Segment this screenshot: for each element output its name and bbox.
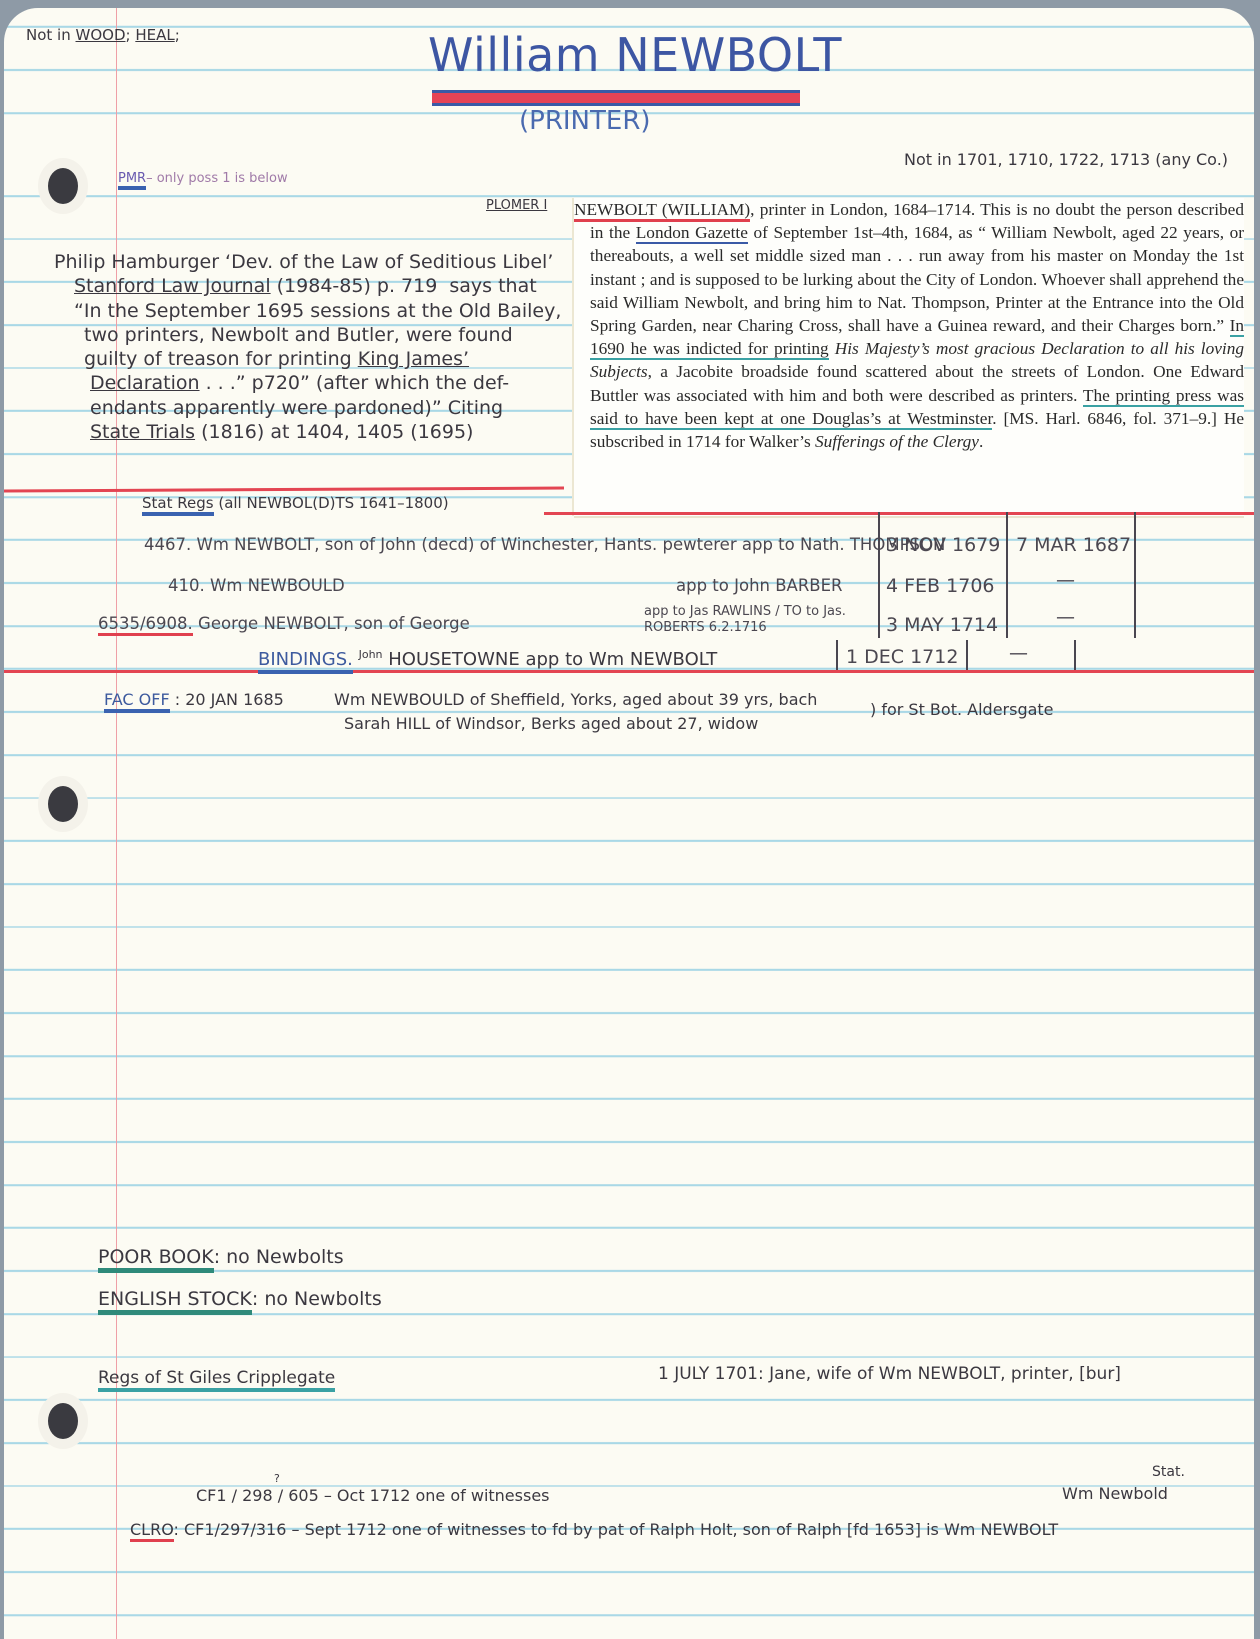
fac-off-date: : 20 JAN 1685	[175, 690, 284, 709]
london-gazette-ref: London Gazette	[636, 223, 748, 244]
entry-text: Wm NEWBOULD	[210, 576, 345, 595]
walker-title: Sufferings of the Clergy	[815, 432, 979, 451]
fac-off-church: ) for St Bot. Aldersgate	[870, 700, 1054, 719]
st-giles-burial-entry: 1 JULY 1701: Jane, wife of Wm NEWBOLT, p…	[658, 1364, 1121, 1384]
note-line: two printers, Newbolt and Butler, were f…	[54, 323, 561, 347]
bindings-label: BINDINGS.	[258, 649, 353, 674]
plomer-label: PLOMER I	[486, 198, 547, 213]
notebook-page: Not in WOOD; HEAL; William NEWBOLT (PRIN…	[4, 8, 1254, 1639]
table-row: 4467. Wm NEWBOLT, son of John (decd) of …	[144, 535, 945, 554]
table-column-rule	[1006, 512, 1008, 638]
inserted-first-name: John	[359, 648, 383, 661]
section-divider	[4, 670, 1254, 673]
poor-book-value: : no Newbolts	[214, 1246, 344, 1268]
st-giles-label: Regs of St Giles Cripplegate	[98, 1368, 335, 1388]
hamburger-note: Philip Hamburger ‘Dev. of the Law of Sed…	[54, 250, 561, 444]
entry-number: 410.	[168, 576, 205, 595]
note-line: Philip Hamburger ‘Dev. of the Law of Sed…	[54, 250, 561, 274]
entry-text: .	[979, 432, 983, 451]
stat-note: Stat.	[1152, 1464, 1185, 1480]
pmr-note-text: – only poss 1 is below	[146, 171, 288, 186]
binder-hole	[48, 1403, 78, 1439]
headword-surname: NEWBOLT	[574, 200, 657, 219]
note-prefix: Not in	[26, 26, 76, 44]
pmr-label: PMR	[118, 171, 146, 190]
entry-master: app to John BARBER	[676, 576, 843, 595]
table-column-rule	[836, 640, 838, 670]
plomer-dictionary-clipping: NEWBOLT (WILLIAM), printer in London, 16…	[574, 198, 1244, 516]
clro-line-2: CLRO: CF1/297/316 – Sept 1712 one of wit…	[130, 1520, 1058, 1539]
entry-number: 4467.	[144, 535, 191, 554]
note-line: “In the September 1695 sessions at the O…	[54, 299, 561, 323]
entry-text: Wm NEWBOLT, son of John (decd) of Winche…	[197, 535, 737, 554]
binder-hole	[48, 786, 78, 822]
ref-wood: WOOD	[76, 26, 126, 44]
section-divider	[544, 512, 1254, 515]
apprentice-name: HOUSETOWNE	[388, 649, 519, 670]
binding-date: 1 DEC 1712	[846, 646, 958, 668]
table-row: 6535/6908. George NEWBOLT, son of George	[98, 614, 470, 633]
st-giles-register: Regs of St Giles Cripplegate	[98, 1368, 335, 1392]
note-line: guilty of treason for printing King Jame…	[54, 347, 561, 371]
table-column-rule	[966, 640, 968, 670]
binding-freed: —	[1009, 642, 1028, 664]
not-in-wood-heal-note: Not in WOOD; HEAL;	[26, 26, 180, 44]
stat-regs-heading: Stat Regs (all NEWBOL(D)TS 1641–1800)	[142, 494, 449, 512]
clro-entry: : CF1/297/316 – Sept 1712 one of witness…	[174, 1520, 1059, 1539]
note-line: State Trials (1816) at 1404, 1405 (1695)	[54, 420, 561, 444]
table-row: 410. Wm NEWBOULD	[168, 576, 345, 595]
note-line: endants apparently were pardoned)” Citin…	[54, 396, 561, 420]
poor-book-note: POOR BOOK: no Newbolts	[98, 1246, 344, 1268]
ref-heal: HEAL	[135, 26, 174, 44]
not-in-years-note: Not in 1701, 1710, 1722, 1713 (any Co.)	[904, 150, 1228, 169]
wm-newbold-note: Wm Newbold	[1062, 1484, 1168, 1503]
table-column-rule	[1134, 512, 1136, 638]
fac-off-entry: FAC OFF : 20 JAN 1685	[104, 690, 284, 709]
clro-line-1: CF1 / 298 / 605 – Oct 1712 one of witnes…	[196, 1486, 550, 1505]
plomer-headword: NEWBOLT (WILLIAM)	[574, 200, 750, 222]
query-mark: ?	[274, 1472, 280, 1485]
english-stock-value: : no Newbolts	[252, 1288, 382, 1310]
stat-regs-note: (all NEWBOL(D)TS 1641–1800)	[218, 494, 448, 512]
note-line: Declaration . . .” p720” (after which th…	[54, 371, 561, 395]
bound-date: 4 FEB 1706	[886, 575, 995, 597]
freed-date: —	[1056, 606, 1075, 628]
page-subtitle: (PRINTER)	[519, 106, 651, 136]
freed-date: —	[1056, 569, 1075, 591]
pmr-note: PMR– only poss 1 is below	[118, 171, 288, 186]
plomer-entry-text: NEWBOLT (WILLIAM), printer in London, 16…	[574, 198, 1244, 453]
entry-number: 6535/6908.	[98, 614, 193, 636]
title-underline	[432, 90, 800, 106]
table-column-rule	[878, 512, 880, 638]
bound-date: 3 MAY 1714	[886, 614, 998, 636]
headword-given: (WILLIAM)	[662, 200, 750, 219]
table-column-rule	[1074, 640, 1076, 670]
binder-hole	[48, 168, 78, 204]
bound-date: 3 NOV 1679	[886, 534, 1000, 556]
fac-off-bride: Sarah HILL of Windsor, Berks aged about …	[344, 714, 758, 733]
bindings-row: BINDINGS. John HOUSETOWNE app to Wm NEWB…	[258, 648, 717, 670]
stat-regs-label: Stat Regs	[142, 494, 214, 516]
binding-master: app to Wm NEWBOLT	[525, 649, 717, 670]
entry-text: George NEWBOLT, son of George	[198, 614, 470, 633]
english-stock-label: ENGLISH STOCK	[98, 1288, 252, 1315]
poor-book-label: POOR BOOK	[98, 1246, 214, 1273]
fac-off-label: FAC OFF	[104, 690, 170, 713]
clro-label: CLRO	[130, 1520, 174, 1542]
entry-master: app to Jas RAWLINS / TO to Jas. ROBERTS …	[644, 604, 874, 636]
fac-off-groom: Wm NEWBOULD of Sheffield, Yorks, aged ab…	[334, 690, 817, 709]
section-divider	[4, 487, 564, 493]
note-line: Stanford Law Journal (1984-85) p. 719 sa…	[54, 274, 561, 298]
english-stock-note: ENGLISH STOCK: no Newbolts	[98, 1288, 382, 1310]
page-title: William NEWBOLT	[428, 28, 842, 82]
freed-date: 7 MAR 1687	[1016, 534, 1131, 556]
